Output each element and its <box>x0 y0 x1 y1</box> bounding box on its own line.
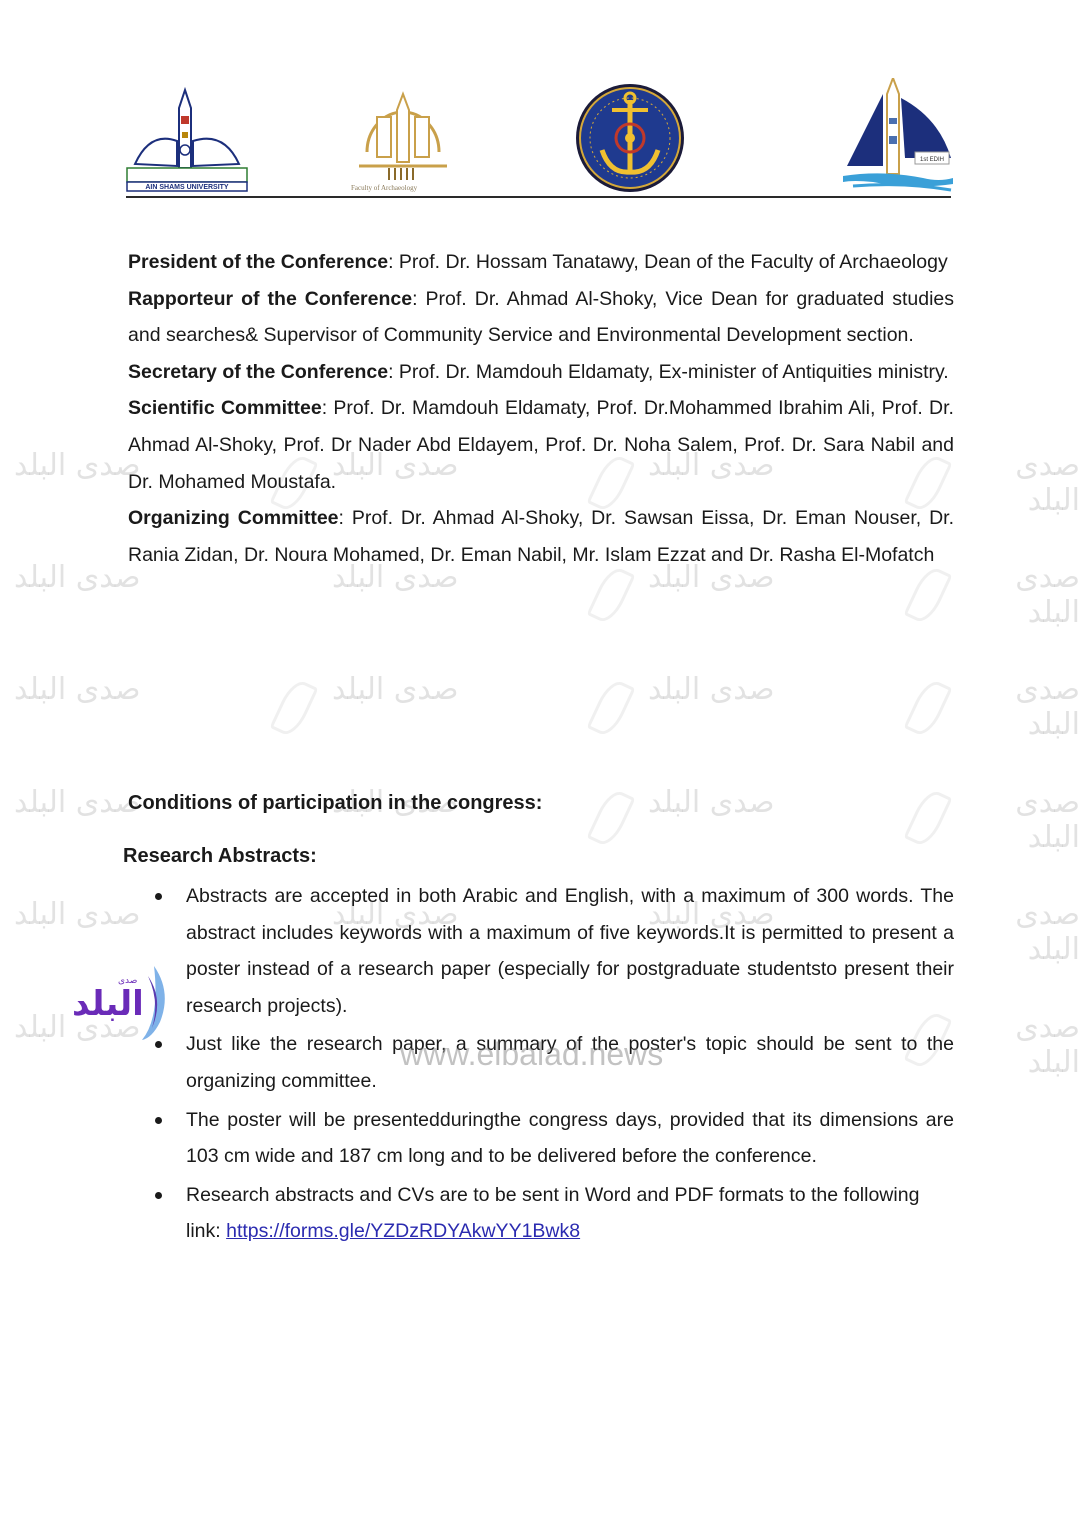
header-logos: AIN SHAMS UNIVERSITY Faculty of Archaeol… <box>125 82 951 198</box>
watermark-text: صدى البلد <box>14 448 140 483</box>
list-item-text: The poster will be presentedduringthe co… <box>186 1109 954 1168</box>
watermark-text: صدى البلد <box>965 1010 1080 1080</box>
faculty-of-archaeology-logo: Faculty of Archaeology <box>347 82 459 198</box>
role-label: Scientific Committee <box>128 397 322 419</box>
list-item-text: Just like the research paper, a summary … <box>186 1033 954 1092</box>
conference-roles: President of the Conference: Prof. Dr. H… <box>128 244 954 573</box>
list-item: Abstracts are accepted in both Arabic an… <box>150 878 954 1024</box>
role-label: Secretary of the Conference <box>128 361 388 383</box>
role-organizing-committee: Organizing Committee: Prof. Dr. Ahmad Al… <box>128 500 954 573</box>
watermark-swirl-icon <box>269 677 318 740</box>
watermark-swirl-icon <box>903 677 952 740</box>
conditions-list: Abstracts are accepted in both Arabic an… <box>150 878 954 1252</box>
list-item-text: Abstracts are accepted in both Arabic an… <box>186 885 954 1017</box>
watermark-swirl-icon <box>586 787 635 850</box>
watermark-text: صدى البلد <box>965 897 1080 967</box>
watermark-text: صدى البلد <box>332 672 458 707</box>
watermark-text: صدى البلد <box>14 672 140 707</box>
ain-shams-university-logo: AIN SHAMS UNIVERSITY <box>125 86 249 194</box>
brand-small-text: صدى <box>118 976 137 986</box>
watermark-text: صدى البلد <box>648 672 774 707</box>
watermark-text: صدى البلد <box>14 897 140 932</box>
role-secretary: Secretary of the Conference: Prof. Dr. M… <box>128 354 954 391</box>
research-abstracts-heading: Research Abstracts: <box>123 845 317 868</box>
svg-text:1st EDIH: 1st EDIH <box>920 157 944 163</box>
role-rapporteur: Rapporteur of the Conference: Prof. Dr. … <box>128 281 954 354</box>
list-item: The poster will be presentedduringthe co… <box>150 1102 954 1175</box>
watermark-text: صدى البلد <box>965 672 1080 742</box>
bullet-icon <box>155 1192 162 1199</box>
role-scientific-committee: Scientific Committee: Prof. Dr. Mamdouh … <box>128 390 954 500</box>
watermark-swirl-icon <box>903 787 952 850</box>
bullet-icon <box>155 893 162 900</box>
bullet-icon <box>155 1117 162 1124</box>
svg-text:Faculty of Archaeology: Faculty of Archaeology <box>351 184 418 192</box>
watermark-text: صدى البلد <box>965 560 1080 630</box>
submission-form-link[interactable]: https://forms.gle/YZDzRDYAkwYY1Bwk8 <box>226 1220 580 1242</box>
watermark-text: صدى البلد <box>648 785 774 820</box>
role-text: : Prof. Dr. Mamdouh Eldamaty, Ex-ministe… <box>388 361 949 383</box>
role-text: : Prof. Dr. Hossam Tanatawy, Dean of the… <box>388 251 948 273</box>
conference-sail-logo: 1st EDIH <box>843 78 953 194</box>
list-item: Research abstracts and CVs are to be sen… <box>150 1177 954 1250</box>
role-label: Rapporteur of the Conference <box>128 288 412 310</box>
brand-text: البلد <box>72 984 144 1024</box>
watermark-swirl-icon <box>586 677 635 740</box>
role-president: President of the Conference: Prof. Dr. H… <box>128 244 954 281</box>
watermark-text: صدى البلد <box>14 785 140 820</box>
watermark-text: صدى البلد <box>965 448 1080 518</box>
role-label: President of the Conference <box>128 251 388 273</box>
bullet-icon <box>155 1041 162 1048</box>
conditions-heading: Conditions of participation in the congr… <box>128 792 542 815</box>
elbalad-brand-logo: البلد صدى <box>68 962 178 1042</box>
watermark-text: صدى البلد <box>14 560 140 595</box>
header-divider <box>126 196 951 198</box>
role-label: Organizing Committee <box>128 507 339 529</box>
naval-anchor-emblem-logo <box>574 82 686 194</box>
list-item: Just like the research paper, a summary … <box>150 1026 954 1099</box>
svg-text:AIN SHAMS UNIVERSITY: AIN SHAMS UNIVERSITY <box>145 184 229 191</box>
watermark-text: صدى البلد <box>965 785 1080 855</box>
